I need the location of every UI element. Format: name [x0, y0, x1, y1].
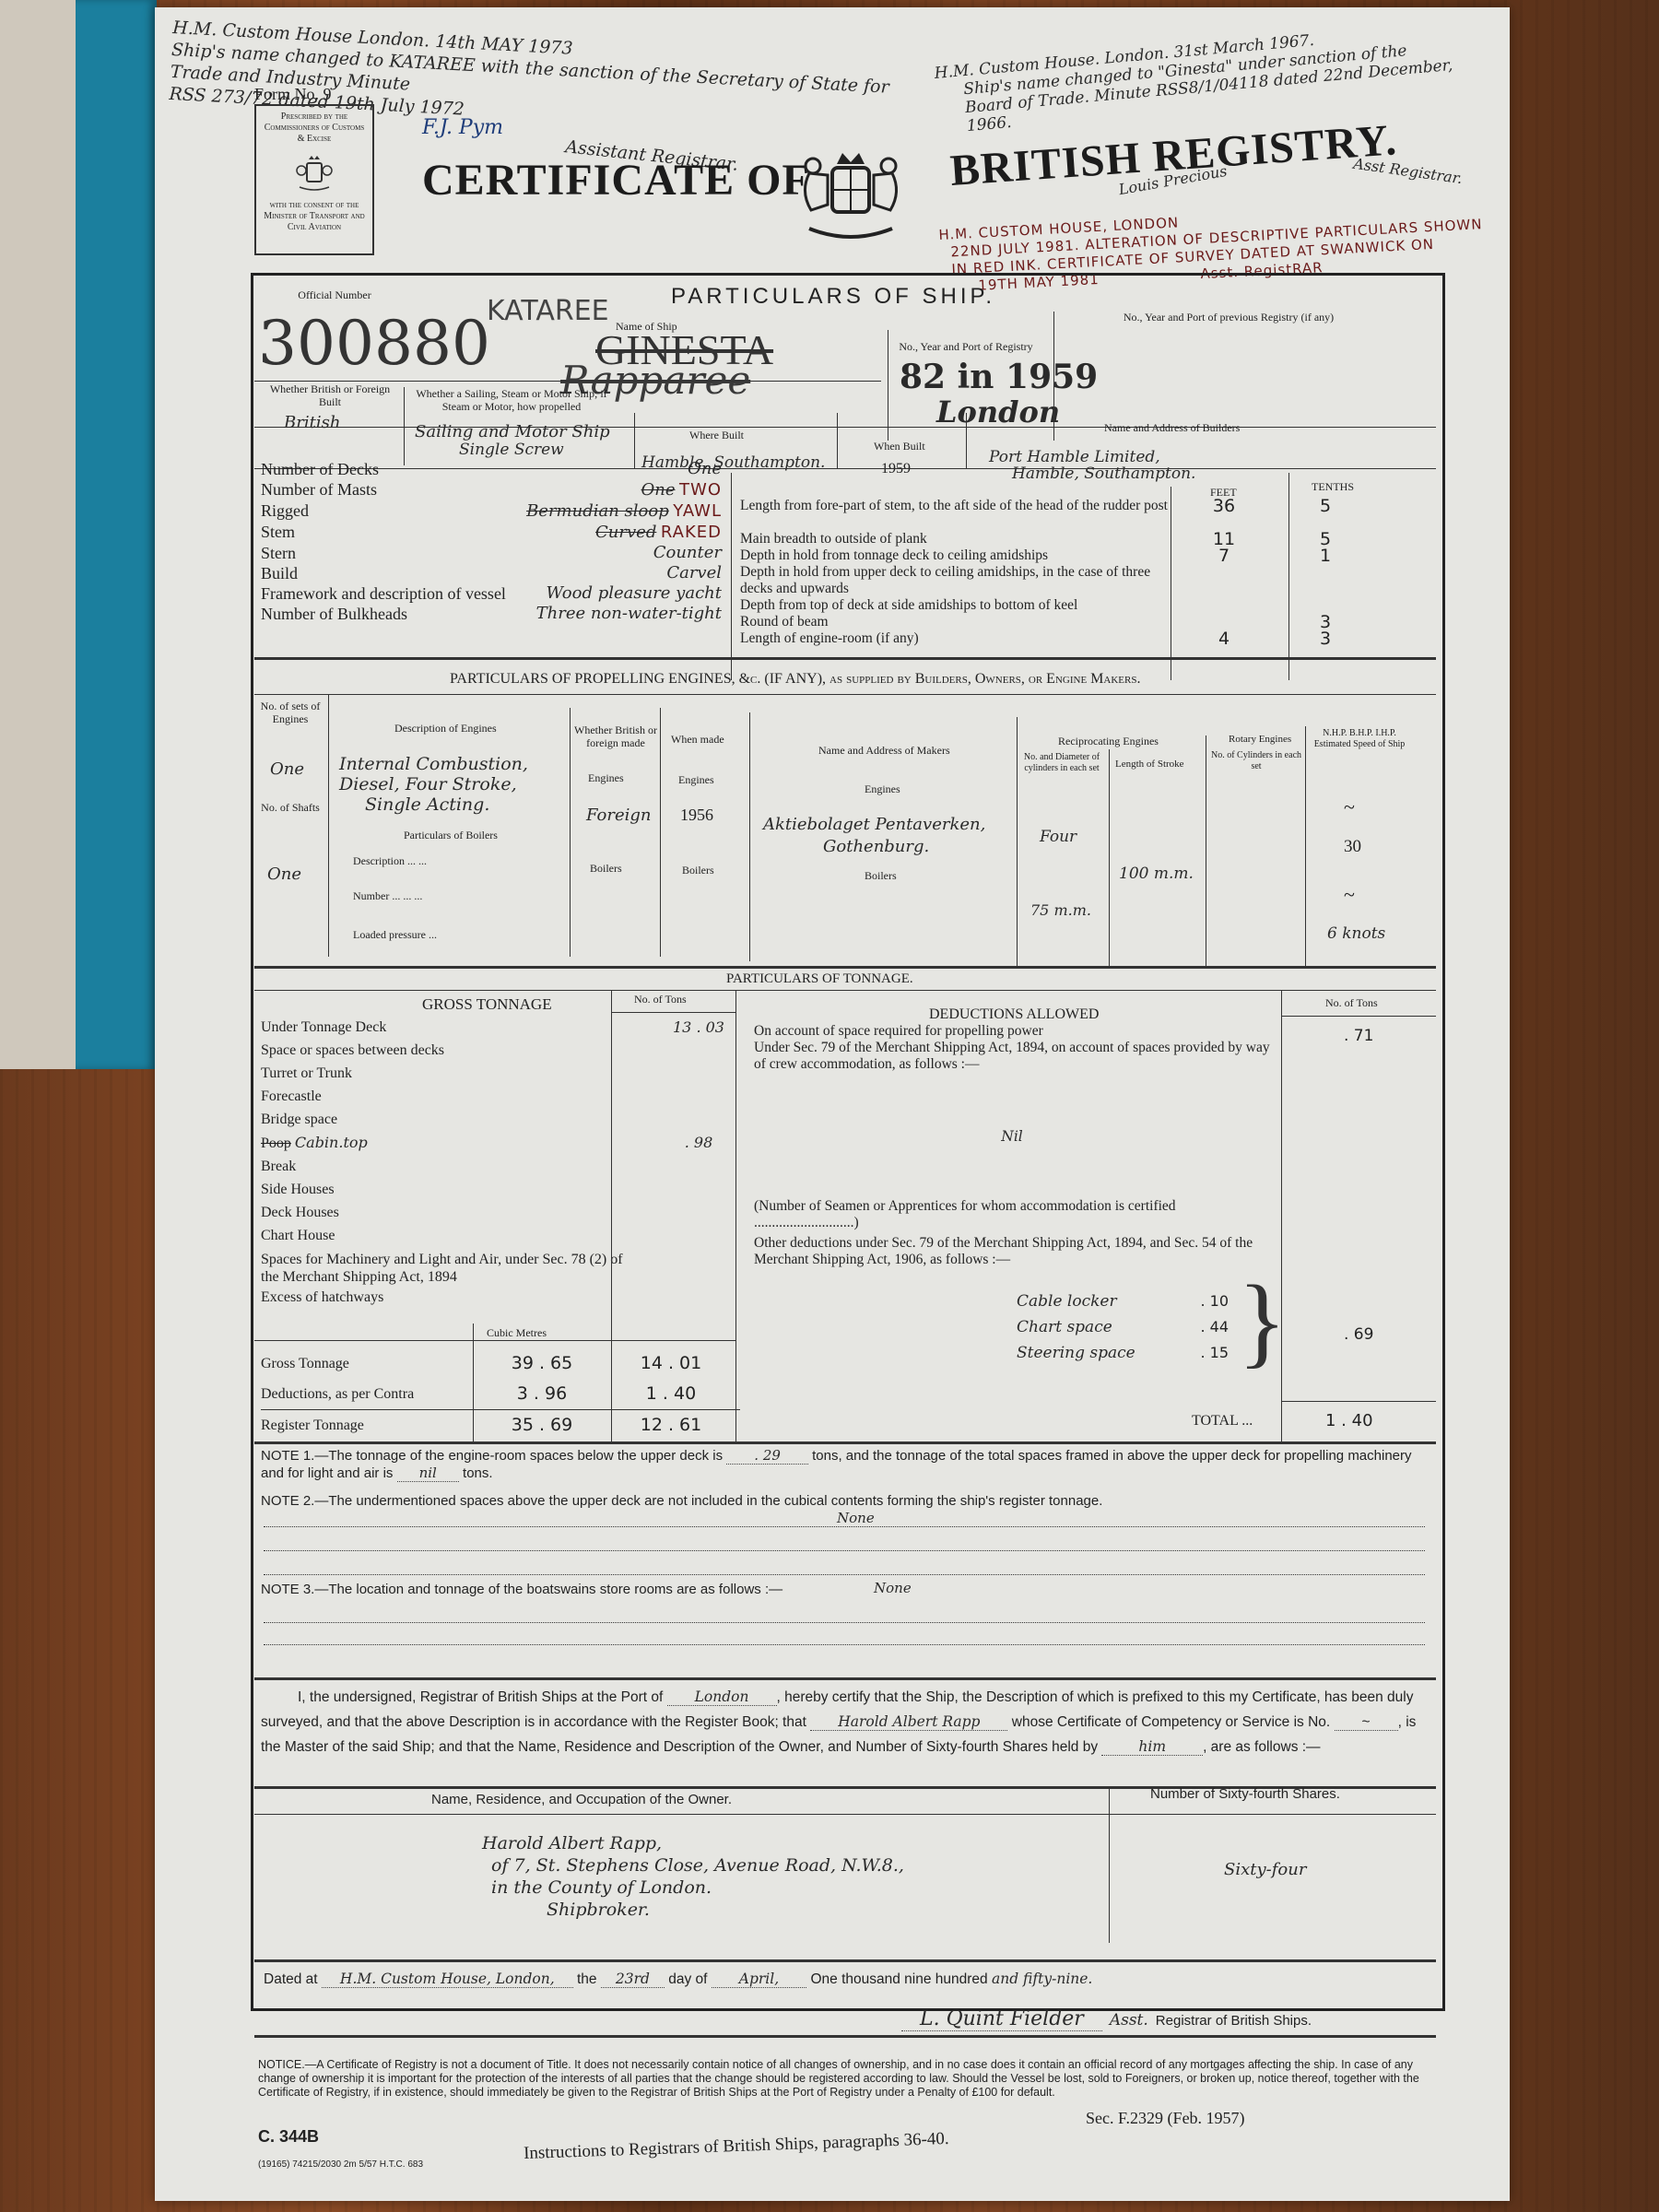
dimension-label: Main breadth to outside of plank [740, 531, 1173, 547]
section-title-tonnage: PARTICULARS OF TONNAGE. [726, 971, 913, 987]
dimension-feet: 36 [1173, 498, 1275, 531]
when-made-value: 1956 [680, 806, 713, 825]
dimension-feet [1173, 564, 1275, 597]
other-deduction-value: . 44 [1200, 1314, 1229, 1340]
book-cover [76, 0, 157, 1069]
summary-row: Gross Tonnage39 . 6514 . 01 [261, 1348, 740, 1379]
deduction-crew-value: Nil [754, 1128, 1270, 1145]
bhp-value: 30 [1344, 837, 1361, 857]
gross-row: Turret or Trunk [261, 1062, 795, 1085]
cylinders-number: Four [1040, 828, 1077, 846]
brace-icon: } [1238, 1270, 1287, 1371]
shares-value: Sixty-four [1224, 1860, 1306, 1879]
gross-row-tons [629, 1201, 768, 1224]
description-value: Three non-water-tight [536, 604, 722, 624]
other-deduction-row: Steering space. 15 [1017, 1340, 1229, 1366]
dimension-label: Round of beam [740, 614, 1173, 630]
registrar-asst: Asst. [1110, 2011, 1148, 2030]
official-number-label: Official Number [256, 289, 413, 302]
description-label: Number of Masts [261, 479, 377, 500]
rotary-cylinders-label: No. of Cylinders in each set [1210, 750, 1302, 771]
dated-month: April, [712, 1971, 806, 1988]
other-deductions-total: . 69 [1344, 1325, 1373, 1344]
when-built-label: When Built [874, 441, 925, 453]
engine-british-value: Foreign [586, 806, 651, 825]
boilers-subheader: Boilers [590, 863, 622, 876]
gross-row-label: Space or spaces between decks [261, 1039, 629, 1062]
certification-text: I, the undersigned, Registrar of British… [261, 1685, 1427, 1759]
makers-line1: Aktiebolaget Pentaverken, [763, 815, 985, 834]
note1-engine-room-tons: . 29 [726, 1447, 808, 1465]
book-page [0, 0, 78, 1069]
dimension-label: Length from fore-part of stem, to the af… [740, 498, 1173, 531]
description-struck: Bermudian sloop [526, 501, 669, 521]
signature-assistant-registrar-1973: F.J. Pym [422, 116, 503, 139]
cylinders-label: No. and Diameter of cylinders in each se… [1019, 752, 1104, 773]
builders-label: Name and Address of Builders [1104, 422, 1240, 435]
owner-occupation: Shipbroker. [482, 1899, 904, 1921]
deduction-other-label: Other deductions under Sec. 79 of the Me… [754, 1235, 1270, 1268]
gross-row: Space or spaces between decks [261, 1039, 795, 1062]
description-row: Build Carvel [261, 563, 722, 583]
dimension-feet [1173, 597, 1275, 614]
description-label: Rigged [261, 500, 309, 522]
boilers-subheader: Boilers [865, 870, 897, 883]
owner-column-label: Name, Residence, and Occupation of the O… [431, 1792, 732, 1807]
rotary-label: Rotary Engines [1229, 734, 1291, 746]
dated-year-written: and fifty-nine. [992, 1971, 1092, 1987]
stamp-bottom-text: with the consent of the Minister of Tran… [256, 200, 372, 233]
description-label: Number of Bulkheads [261, 604, 407, 624]
when-made-label: When made [671, 734, 724, 747]
previous-registry-label: No., Year and Port of previous Registry … [1123, 312, 1335, 324]
registry-port: London [936, 394, 1060, 429]
other-deduction-value: . 10 [1200, 1288, 1229, 1314]
dated-label: Dated at [264, 1971, 318, 1987]
cert-port: London [667, 1688, 777, 1706]
gross-row: Forecastle [261, 1085, 795, 1108]
registry-number-year: 82 in 1959 [900, 358, 1098, 396]
shares-column-label: Number of Sixty-fourth Shares. [1150, 1786, 1340, 1802]
gross-tonnage-title: GROSS TONNAGE [422, 995, 552, 1014]
coat-of-arms-icon [292, 150, 336, 194]
summary-cubic: 3 . 96 [477, 1379, 606, 1409]
boiler-pressure-label: Loaded pressure ... [353, 929, 437, 942]
registrar-signature: L. Quint Fielder [901, 2007, 1102, 2031]
gross-row-label: Break [261, 1155, 629, 1178]
cert-text: I, the undersigned, Registrar of British… [298, 1689, 663, 1705]
cert-text: , are as follows :— [1203, 1739, 1321, 1755]
description-label: Number of Decks [261, 459, 379, 479]
gross-row-tons [629, 1155, 768, 1178]
description-label: Stern [261, 543, 296, 563]
dimension-label: Length of engine-room (if any) [740, 630, 1173, 647]
description-red-correction: RAKED [661, 523, 722, 542]
owner-details: Harold Albert Rapp, of 7, St. Stephens C… [482, 1832, 904, 1921]
description-value: Wood pleasure yacht [547, 583, 722, 604]
note3-value: None [874, 1580, 912, 1596]
ship-name-current: KATAREE [487, 295, 609, 327]
description-row: Number of Bulkheads Three non-water-tigh… [261, 604, 722, 624]
engine-description-line: Single Acting. [339, 794, 528, 815]
dimension-label: Depth in hold from upper deck to ceiling… [740, 564, 1173, 597]
makers-line2: Gothenburg. [823, 837, 929, 856]
engine-description-line: Diesel, Four Stroke, [339, 774, 528, 794]
tonnage-summary: Gross Tonnage39 . 6514 . 01 Deductions, … [261, 1348, 740, 1441]
title-certificate-of: CERTIFICATE OF [422, 155, 810, 206]
builders-line2: Hamble, Southampton. [1012, 465, 1195, 483]
stroke-value: 100 m.m. [1119, 865, 1194, 883]
gross-row-tons [629, 1108, 768, 1131]
engines-subheader: Engines [678, 774, 714, 787]
gross-row: Spaces for Machinery and Light and Air, … [261, 1247, 795, 1286]
official-number: 300880 [258, 308, 490, 379]
dimension-tenths [1275, 564, 1376, 597]
gross-row-label: Spaces for Machinery and Light and Air, … [261, 1251, 629, 1286]
boiler-number-label: Number ... ... ... [353, 890, 422, 903]
form-number: Form No. 9 [254, 85, 332, 104]
deduction-propelling-tons: . 71 [1344, 1027, 1373, 1045]
summary-tons: 14 . 01 [606, 1348, 735, 1379]
engine-british-label: Whether British or foreign made [574, 724, 657, 750]
gross-row-label: Cabin.top [295, 1134, 368, 1151]
gross-row-label: Chart House [261, 1224, 629, 1247]
dimension-feet: 4 [1173, 630, 1275, 647]
shafts-value: One [267, 865, 301, 884]
gross-row: Bridge space [261, 1108, 795, 1131]
gross-row-tons [629, 1085, 768, 1108]
other-deduction-row: Cable locker. 10 [1017, 1288, 1229, 1314]
annotation-1967: H.M. Custom House. London. 31st March 19… [934, 17, 1491, 138]
gross-row-tons [629, 1062, 768, 1085]
registrar-signature-line: L. Quint Fielder Asst. Registrar of Brit… [901, 2007, 1312, 2031]
description-label: Build [261, 563, 298, 583]
gross-row-tons [629, 1286, 768, 1309]
gross-row: Side Houses [261, 1178, 795, 1201]
dated-place: H.M. Custom House, London, [322, 1971, 573, 1988]
dated-text: the [577, 1971, 597, 1987]
dimension-label: Depth in hold from tonnage deck to ceili… [740, 547, 1173, 564]
gross-row: Excess of hatchways [261, 1286, 795, 1309]
prescribed-stamp: Prescribed by the Commissioners of Custo… [254, 104, 374, 255]
total-deductions-value: 1 . 40 [1325, 1411, 1373, 1430]
other-deductions-items: Cable locker. 10 Chart space. 44 Steerin… [1017, 1288, 1229, 1366]
summary-row: Deductions, as per Contra3 . 961 . 40 [261, 1379, 740, 1409]
dated-year-printed: One thousand nine hundred [810, 1971, 987, 1987]
dimension-label: Depth from top of deck at side amidships… [740, 597, 1173, 614]
description-row: Framework and description of vessel Wood… [261, 583, 722, 604]
dimension-row: Length from fore-part of stem, to the af… [740, 498, 1441, 531]
description-label: Stem [261, 522, 295, 543]
tons-header: No. of Tons [634, 994, 687, 1006]
gross-row: Chart House [261, 1224, 795, 1247]
speed-value: 6 knots [1327, 924, 1385, 943]
description-value: Counter [653, 543, 722, 563]
description-value: One [688, 459, 722, 479]
summary-cubic: 35 . 69 [477, 1410, 606, 1441]
total-label: TOTAL ... [1192, 1413, 1253, 1430]
deductions-title: DEDUCTIONS ALLOWED [929, 1006, 1099, 1023]
gross-row-label: Turret or Trunk [261, 1062, 629, 1085]
owner-address: of 7, St. Stephens Close, Avenue Road, N… [482, 1854, 904, 1877]
summary-label: Gross Tonnage [261, 1348, 477, 1379]
cert-competency-number: ~ [1335, 1714, 1398, 1731]
summary-label: Deductions, as per Contra [261, 1379, 477, 1409]
deductions-list: On account of space required for propell… [754, 1023, 1270, 1268]
dimension-tenths: 3 [1275, 630, 1376, 647]
dimension-feet: 7 [1173, 547, 1275, 564]
dimension-tenths: 5 [1275, 498, 1376, 531]
builders-line1: Port Hamble Limited, [989, 448, 1160, 466]
stroke-label: Length of Stroke [1115, 759, 1184, 771]
deductions-tons-header: No. of Tons [1325, 997, 1378, 1010]
shafts-label: No. of Shafts [258, 802, 323, 815]
where-built-label: Where Built [689, 429, 744, 442]
boilers-label: Particulars of Boilers [404, 829, 498, 842]
gross-row-tons [629, 1178, 768, 1201]
dimension-row: Depth in hold from upper deck to ceiling… [740, 564, 1441, 597]
gross-row-label: Deck Houses [261, 1201, 629, 1224]
note1-text: NOTE 1.—The tonnage of the engine-room s… [261, 1448, 723, 1464]
owner-county: in the County of London. [482, 1877, 904, 1899]
gross-row-label: Side Houses [261, 1178, 629, 1201]
gross-row: Break [261, 1155, 795, 1178]
description-label: Framework and description of vessel [261, 583, 506, 604]
description-red-correction: TWO [679, 480, 722, 500]
instructions-reference: Instructions to Registrars of British Sh… [524, 2129, 949, 2164]
summary-tons: 1 . 40 [606, 1379, 735, 1409]
cylinders-diameter: 75 m.m. [1030, 901, 1091, 919]
makers-label: Name and Address of Makers [818, 745, 950, 758]
boilers-subheader: Boilers [682, 865, 714, 877]
other-deduction-row: Chart space. 44 [1017, 1314, 1229, 1340]
gross-row: Under Tonnage Deck13 . 03 [261, 1016, 795, 1039]
dimension-row: Depth in hold from tonnage deck to ceili… [740, 547, 1441, 564]
note-3: NOTE 3.—The location and tonnage of the … [261, 1582, 782, 1597]
gross-row-tons: 13 . 03 [629, 1016, 768, 1039]
ship-type-line2: Single Screw [459, 441, 564, 459]
other-deduction-label: Cable locker [1017, 1288, 1117, 1314]
summary-cubic: 39 . 65 [477, 1348, 606, 1379]
other-deduction-value: . 15 [1200, 1340, 1229, 1366]
gross-row-tons [629, 1251, 768, 1286]
gross-row-label: Bridge space [261, 1108, 629, 1131]
nhp-value: ~ [1344, 795, 1355, 819]
notice-text: NOTICE.—A Certificate of Registry is not… [258, 2058, 1429, 2100]
horsepower-speed-label: N.H.P. B.H.P. I.H.P. Estimated Speed of … [1309, 728, 1410, 749]
royal-coat-of-arms-icon [791, 136, 911, 256]
description-value: Carvel [666, 563, 722, 583]
when-built-value: 1959 [881, 461, 911, 477]
note1-tons: tons. [463, 1465, 493, 1481]
gross-row-label: Under Tonnage Deck [261, 1016, 629, 1039]
other-deduction-label: Steering space [1017, 1340, 1135, 1366]
cert-shares-held-by: him [1101, 1738, 1203, 1756]
registry-label: No., Year and Port of Registry [892, 341, 1040, 354]
summary-row: Register Tonnage35 . 6912 . 61 [261, 1409, 740, 1441]
description-red-correction: YAWL [673, 501, 722, 521]
description-row: Number of Decks One [261, 459, 722, 479]
cert-master-name: Harold Albert Rapp [810, 1713, 1007, 1731]
reciprocating-label: Reciprocating Engines [1058, 735, 1159, 748]
section-title-particulars: PARTICULARS OF SHIP. [671, 284, 995, 310]
engine-sets-label: No. of sets of Engines [258, 700, 323, 726]
description-row: Rigged Bermudian sloop YAWL [261, 500, 722, 522]
gross-row-label: Forecastle [261, 1085, 629, 1108]
form-code: C. 344B [258, 2127, 319, 2147]
note1-light-air-tons: nil [397, 1465, 459, 1482]
note-2: NOTE 2.—The undermentioned spaces above … [261, 1493, 1102, 1509]
print-code: (19165) 74215/2030 2m 5/57 H.T.C. 683 [258, 2159, 423, 2170]
gross-row-tons [629, 1039, 768, 1062]
dated-text: day of [668, 1971, 707, 1987]
note-1: NOTE 1.—The tonnage of the engine-room s… [261, 1447, 1422, 1482]
summary-tons: 12 . 61 [606, 1410, 735, 1441]
engine-sets-value: One [270, 759, 304, 779]
description-row: Number of Masts One TWO [261, 479, 722, 500]
ship-type-line1: Sailing and Motor Ship [415, 422, 610, 441]
engines-subheader: Engines [865, 783, 900, 796]
british-built-label: Whether British or Foreign Built [261, 383, 399, 409]
description-row: Stem Curved RAKED [261, 522, 722, 543]
description-row: Stern Counter [261, 543, 722, 563]
registrar-title: Registrar of British Ships. [1156, 2013, 1312, 2029]
british-built-value: British [284, 413, 340, 432]
gross-tonnage-list: Under Tonnage Deck13 . 03 Space or space… [261, 1016, 795, 1309]
deduction-crew-label: Under Sec. 79 of the Merchant Shipping A… [754, 1040, 1270, 1073]
cert-text: whose Certificate of Competency or Servi… [1012, 1714, 1330, 1730]
dimension-row: Depth from top of deck at side amidships… [740, 597, 1441, 614]
description-struck: One [641, 480, 676, 500]
dimension-tenths: 1 [1275, 547, 1376, 564]
gross-row-struck: Poop [261, 1135, 291, 1151]
dimension-row: Main breadth to outside of plank115 [740, 531, 1441, 547]
deduction-propelling-label: On account of space required for propell… [754, 1023, 1270, 1040]
dated-line: Dated at H.M. Custom House, London, the … [264, 1971, 1425, 1988]
ihp-value: ~ [1344, 883, 1355, 907]
dimension-row: Round of beam3 [740, 614, 1441, 630]
section-title-engines: PARTICULARS OF PROPELLING ENGINES, &c. (… [450, 671, 1140, 688]
engines-subheader: Engines [588, 772, 624, 785]
summary-label: Register Tonnage [261, 1410, 477, 1441]
dimension-row: Length of engine-room (if any)43 [740, 630, 1441, 647]
engine-description-label: Description of Engines [394, 723, 497, 735]
gross-row-tons: . 98 [629, 1131, 768, 1155]
ship-type-label: Whether a Sailing, Steam or Motor Ship; … [406, 388, 618, 414]
note2-value: None [837, 1510, 875, 1526]
certificate-document: H.M. Custom House London. 14th MAY 1973 … [155, 7, 1510, 2201]
gross-row: Deck Houses [261, 1201, 795, 1224]
engine-description: Internal Combustion, Diesel, Four Stroke… [339, 754, 528, 815]
cubic-metres-header: Cubic Metres [487, 1327, 547, 1340]
section-reference: Sec. F.2329 (Feb. 1957) [1086, 2109, 1245, 2128]
engine-description-line: Internal Combustion, [339, 754, 528, 774]
gross-row-label: Excess of hatchways [261, 1286, 629, 1309]
description-list: Number of Decks One Number of Masts One … [261, 459, 722, 624]
owner-name: Harold Albert Rapp, [482, 1832, 904, 1854]
stamp-top-text: Prescribed by the Commissioners of Custo… [256, 112, 372, 145]
gross-row-tons [629, 1224, 768, 1247]
deduction-seamen-label: (Number of Seamen or Apprentices for who… [754, 1198, 1270, 1231]
other-deduction-label: Chart space [1017, 1314, 1112, 1340]
gross-row: Poop Cabin.top. 98 [261, 1131, 795, 1155]
dated-day: 23rd [601, 1971, 665, 1988]
description-struck: Curved [595, 523, 656, 542]
tenths-header: TENTHS [1312, 481, 1354, 494]
boiler-description-label: Description ... ... [353, 855, 427, 868]
